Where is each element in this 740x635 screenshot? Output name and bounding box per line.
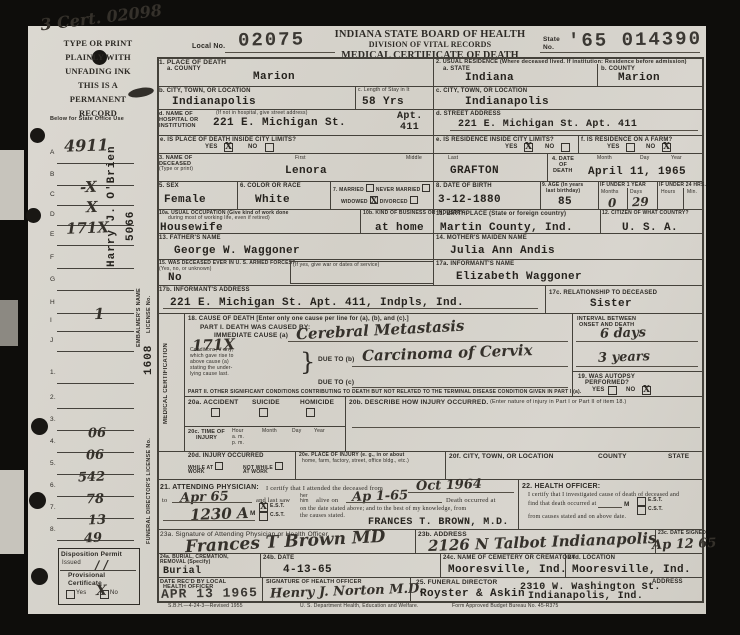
num-line-label: 3. (50, 416, 56, 423)
punch-hole (26, 208, 41, 223)
birthplace-value: Martin County, Ind. (440, 222, 573, 234)
dod-label3: DEATH (553, 168, 573, 174)
hospital-apt-label: Apt. (397, 111, 423, 122)
provisional-yes-checkbox[interactable] (66, 590, 75, 599)
death-time-value: 1230 A (190, 504, 249, 524)
num-line-value: 06 (86, 448, 105, 464)
checkmark: X (525, 142, 532, 152)
death-occurred-label: Death occurred at (446, 497, 496, 504)
middle-header: Middle (406, 156, 422, 162)
grid (702, 57, 704, 603)
homicide-checkbox[interactable] (306, 408, 315, 417)
under1-days-value: 29 (632, 195, 649, 210)
last-name-value: GRAFTON (450, 165, 499, 177)
scanned-death-certificate: 3 Cert. 02098 TYPE OR PRINT PLAINLY WITH… (0, 0, 740, 635)
cst-label: C.S.T. (270, 513, 285, 519)
stay-value: 58 Yrs (362, 96, 404, 108)
num-line-label: 4. (50, 438, 56, 445)
age-value: 85 (558, 196, 572, 208)
grid (597, 64, 598, 86)
hours-header: Hours (661, 190, 675, 196)
informant-address-line (163, 308, 538, 309)
checkmark: X (663, 142, 670, 152)
grid (345, 396, 346, 451)
form-number: S.B.H.—4-24-3—Revised 1955 (168, 604, 243, 610)
marital-line2: WIDOWEDXDIVORCED (341, 196, 420, 206)
pod-limits-no-checkbox[interactable] (265, 143, 274, 152)
street-address-value: 221 E. Michigan St. Apt. 411 (458, 119, 637, 130)
office-line (57, 245, 134, 246)
burial-label2: REMOVAL (Specify) (160, 560, 210, 566)
injury-day-header: Day (292, 429, 302, 435)
m-label: M (250, 510, 256, 517)
office-line-letter: A (50, 149, 55, 156)
grid (157, 153, 703, 154)
date-stated-text: on the date stated above; and to the bes… (300, 506, 466, 513)
res-limits-yes-label: YES (505, 144, 518, 151)
birthplace-label: 11. BIRTHPLACE (State or foreign country… (436, 211, 566, 218)
provisional-yes-label: Yes (76, 590, 86, 597)
dod-year-header: Year (671, 156, 682, 162)
form-agency: U. S. Department Health, Education and W… (300, 604, 419, 610)
grid (157, 86, 703, 87)
informant-address-label: 17b. INFORMANT'S ADDRESS (159, 287, 250, 294)
punch-hole (31, 568, 48, 585)
ho-est-label: E.S.T. (648, 498, 663, 504)
dob-label: 8. DATE OF BIRTH (436, 183, 492, 190)
grid (184, 313, 185, 451)
office-line-letter: E (50, 231, 55, 238)
office-line-letter: C (50, 191, 55, 198)
informant-name-label: 17a. INFORMANT'S NAME (436, 261, 514, 268)
ho-occurred-text: find that death occurred at (528, 501, 596, 508)
cause-b-line (352, 366, 568, 367)
dob-value: 3-12-1880 (438, 194, 501, 206)
grid (540, 181, 541, 209)
num-line-label: 7. (50, 504, 56, 511)
age-label2: last birthday) (546, 189, 580, 195)
last-header: Last (448, 156, 458, 162)
divorced-label: DIVORCED (380, 199, 408, 205)
ho-cst-label: C.S.T. (648, 507, 663, 513)
scan-edge-patch (0, 150, 24, 220)
physician-typed-name: FRANCES T. BROWN, M.D. (368, 517, 509, 528)
dod-day-header: Day (640, 156, 650, 162)
grid (157, 57, 159, 603)
farm-yes-label: YES (607, 144, 620, 151)
date-recd-stamp: APR 13 1965 (161, 585, 258, 602)
cemetery-location-label: 24d. LOCATION (568, 555, 615, 562)
office-line-letter: H (50, 299, 55, 306)
res-city-label: c. CITY, TOWN, OR LOCATION (436, 88, 527, 95)
stay-label: c. Length of Stay in It (358, 88, 410, 94)
grid (578, 135, 579, 153)
autopsy-yes-label: YES (592, 387, 605, 394)
race-value: White (255, 194, 290, 206)
injury-occurred-label: 20d. INJURY OCCURRED (188, 453, 264, 460)
num-line-value: 542 (78, 470, 106, 486)
disposition-divider (60, 570, 136, 571)
grid (157, 135, 703, 136)
burial-value: Burial (163, 566, 201, 577)
hospital-hint: (If not in hospital, give street address… (216, 111, 308, 117)
injury-state-header: STATE (668, 453, 689, 460)
grid (184, 426, 345, 427)
punch-hole (31, 418, 48, 435)
cemetery-value: Mooresville, Ind. (448, 564, 567, 576)
mother-value: Julia Ann Andis (450, 245, 555, 257)
num-line-label: 8. (50, 526, 56, 533)
funeral-director-label: 25. FUNERAL DIRECTOR (416, 579, 497, 586)
at-work-label: AT WORK (243, 470, 268, 476)
grid (600, 209, 601, 233)
never-married-checkbox[interactable] (422, 184, 430, 192)
farm-yes-checkbox[interactable] (626, 143, 635, 152)
provisional-label: Provisional (68, 572, 105, 579)
num-line (57, 383, 134, 384)
marital-line1: 7. MARRIEDNEVER MARRIED (333, 184, 432, 194)
res-county-value: Marion (618, 72, 660, 84)
place-of-injury-hint: home, farm, factory, street, office bldg… (302, 459, 409, 465)
fd-address-value2: Indianapolis, Ind. (528, 591, 643, 602)
pod-city-label: b. CITY, TOWN, OR LOCATION (159, 88, 251, 95)
race-label: 6. COLOR OR RACE (240, 183, 301, 190)
num-line-value: 13 (88, 513, 107, 529)
alive-on-line (346, 502, 442, 503)
checkmark: X (260, 502, 267, 512)
pod-county-label: a. COUNTY (167, 66, 201, 73)
funeral-director-license-value: 1608 (143, 338, 155, 382)
to-label: to (162, 497, 167, 504)
office-line-value: -X (80, 178, 97, 197)
suicide-checkbox[interactable] (259, 408, 268, 417)
office-line (57, 163, 134, 164)
conditions-label5: lying cause last. (190, 372, 229, 378)
medical-certification-label: MEDICAL CERTIFICATION (163, 320, 169, 446)
scan-edge-patch (0, 300, 18, 346)
him-label: him (300, 499, 309, 505)
grid (572, 371, 703, 372)
grid (184, 396, 703, 397)
ho-m-label: M (624, 501, 630, 508)
res-city-value: Indianapolis (465, 96, 549, 108)
while-at-work-checkbox[interactable] (215, 462, 223, 470)
burial-date-label: 24b. DATE (263, 555, 294, 562)
grid (295, 451, 296, 479)
death-time-line (163, 520, 255, 521)
grid (445, 451, 446, 479)
division-title: DIVISION OF VITAL RECORDS (280, 41, 580, 50)
office-line-value: 1 (94, 305, 105, 323)
checkmark: X (225, 142, 232, 152)
due-to-b-label: DUE TO (b) (318, 356, 355, 363)
injury-month-header: Month (262, 429, 277, 435)
office-line (57, 331, 134, 332)
grid (355, 86, 356, 109)
grid (547, 153, 548, 181)
autopsy-yes-checkbox[interactable] (608, 386, 617, 395)
office-line-letter: F (50, 254, 54, 261)
citizen-label: 12. CITIZEN OF WHAT COUNTRY? (602, 211, 689, 217)
farm-no-label: NO (646, 144, 655, 151)
married-label: 7. MARRIED (333, 187, 364, 193)
autopsy-label2: PERFORMED? (585, 380, 629, 387)
board-title: INDIANA STATE BOARD OF HEALTH (280, 29, 580, 41)
cemetery-label: 24c. NAME OF CEMETERY OR CREMATORY (443, 555, 576, 562)
alive-on-label: alive on (316, 497, 338, 504)
conditions-brace: } (300, 348, 315, 376)
disposition-title: Disposition Permit (61, 551, 122, 558)
ho-time-line (598, 507, 622, 508)
pod-county-value: Marion (253, 71, 295, 83)
stub-warning: TYPE OR PRINT PLAINLY WITH UNFADING INK … (55, 36, 141, 120)
grid (360, 209, 361, 233)
num-line-label: 2. (50, 394, 56, 401)
due-to-c-label: DUE TO (c) (318, 379, 354, 386)
grid (330, 181, 331, 209)
part1-label: PART I. DEATH WAS CAUSED BY: (200, 324, 310, 331)
office-line (57, 351, 134, 352)
grid (545, 285, 546, 313)
res-state-value: Indiana (465, 72, 514, 84)
disposition-issued-label: Issued (62, 560, 81, 567)
attended-to-line (172, 502, 252, 503)
occupation-label2: during most of working life, even if ret… (168, 216, 270, 222)
office-line-letter: B (50, 171, 55, 178)
under-1-year-label: IF UNDER 1 YEAR (600, 183, 646, 189)
form-approval: Form Approved Budget Bureau No. 45-R375 (452, 604, 558, 610)
war-dates-hint: (If yes, give war or dates of service) (293, 263, 380, 269)
grid (262, 577, 263, 601)
grid (518, 479, 519, 529)
office-line (57, 290, 134, 291)
dod-month-header: Month (597, 156, 612, 162)
ho-cst-checkbox[interactable] (637, 506, 646, 515)
residence-label: 2. USUAL RESIDENCE (Where deceased lived… (436, 59, 687, 65)
never-married-label: NEVER MARRIED (376, 187, 421, 193)
widowed-checkbox[interactable]: X (370, 196, 378, 204)
sex-label: 5. SEX (159, 183, 179, 190)
res-limits-no-label: NO (545, 144, 554, 151)
num-line (57, 408, 134, 409)
cause-c-line (352, 387, 568, 388)
embalmer-license-value: 5066 (125, 196, 137, 256)
injury-answer-line (352, 427, 700, 428)
grid (657, 181, 658, 209)
provisional-no-checkmark: X (96, 583, 107, 599)
grid (598, 181, 599, 209)
injury-county-header: COUNTY (598, 453, 627, 460)
office-line-value: X (86, 198, 98, 216)
mother-label: 14. MOTHER'S MAIDEN NAME (436, 235, 527, 242)
ho-est-checkbox[interactable] (637, 497, 646, 506)
punch-hole (30, 128, 45, 143)
res-city-limits-label: e. IS RESIDENCE INSIDE CITY LIMITS? (436, 137, 554, 144)
num-line-extra: 49 (84, 531, 103, 547)
interval-a-line (576, 341, 698, 342)
grid (627, 188, 628, 209)
autopsy-no-checkbox[interactable]: X (642, 386, 651, 395)
grid (572, 313, 573, 396)
res-limits-yes-checkbox[interactable]: X (524, 143, 533, 152)
grid (157, 451, 703, 452)
checkmark: X (643, 385, 650, 395)
office-line-value: 171X (66, 218, 110, 237)
cemetery-location-value: Mooresville, Ind. (572, 564, 691, 576)
describe-injury-label: 20b. DESCRIBE HOW INJURY OCCURRED. (349, 399, 488, 406)
funeral-director-value: Royster & Askin (420, 588, 525, 600)
farm-no-checkbox[interactable]: X (662, 143, 671, 152)
state-no-stamp: '65 014390 (568, 28, 702, 52)
grid (157, 577, 703, 578)
interval-b-line (576, 366, 698, 367)
occupation-value: Housewife (160, 222, 223, 234)
health-officer-label: 22. HEALTH OFFICER: (522, 483, 600, 491)
grid (157, 313, 703, 314)
num-line-value: 06 (88, 426, 107, 442)
injury-year-header: Year (314, 429, 325, 435)
street-address-label: d. STREET ADDRESS (436, 111, 501, 118)
homicide-label: HOMICIDE (300, 399, 334, 406)
causes-stated-text: the causes stated. (300, 513, 345, 520)
office-line-letter: D (50, 211, 55, 218)
num-line-value: 78 (86, 492, 105, 508)
checkmark: X (371, 195, 377, 205)
punch-hole (29, 492, 46, 509)
injury-pm-label: p. m. (232, 441, 244, 447)
armed-forces-hint: (Yes, no, or unknown) (159, 267, 212, 273)
father-label: 13. FATHER'S NAME (159, 235, 221, 242)
grid (260, 553, 261, 577)
pod-city-value: Indianapolis (172, 96, 256, 108)
citizen-value: U. S. A. (622, 222, 678, 234)
hospital-label3: INSTITUTION (159, 123, 196, 129)
grid (683, 188, 684, 209)
autopsy-no-label: NO (626, 387, 635, 394)
months-header: Months (601, 190, 619, 196)
num-line-label: 1. (50, 369, 56, 376)
hospital-value: 221 E. Michigan St. (213, 117, 346, 129)
funeral-director-license-label: FUNERAL DIRECTOR'S LICENSE No. (146, 388, 152, 593)
date-signed-value: Ap 12 65 (652, 536, 717, 553)
part2-label: PART II. OTHER SIGNIFICANT CONDITIONS CO… (188, 390, 581, 396)
num-line-label: 5. (50, 460, 56, 467)
relationship-value: Sister (590, 298, 632, 310)
grid (237, 181, 238, 209)
under1-months-value: 0 (608, 196, 617, 210)
time-of-injury-label2: INJURY (196, 435, 217, 441)
interval-b-value: 3 years (598, 349, 650, 366)
attended-from-line (408, 492, 514, 493)
grid (157, 285, 703, 286)
deceased-name-hint: (Type or print) (159, 167, 193, 173)
accident-label: 20a. ACCIDENT (188, 399, 238, 406)
local-no-label: Local No. (192, 43, 225, 51)
hospital-apt-no: 411 (400, 122, 419, 133)
pod-limits-yes-checkbox[interactable]: X (224, 143, 233, 152)
injury-city-label: 20f. CITY, TOWN, OR LOCATION (449, 453, 554, 460)
embalmer-name-label: EMBALMER'S NAME (136, 282, 142, 354)
street-address-line (450, 130, 698, 131)
office-line-letter: J (50, 337, 53, 344)
informant-name-value: Elizabeth Waggoner (456, 271, 582, 283)
sex-value: Female (164, 194, 206, 206)
office-line-letter: I (50, 317, 52, 324)
grid (415, 529, 416, 553)
first-header: First (295, 156, 306, 162)
describe-injury-hint: (Enter nature of injury in Part I or Par… (490, 399, 626, 405)
accident-checkbox[interactable] (211, 408, 220, 417)
ho-above-date-text: from causes stated and on above date. (528, 514, 626, 521)
divorced-checkbox[interactable] (410, 196, 418, 204)
pod-limits-yes-label: YES (205, 144, 218, 151)
scan-edge-patch (0, 470, 24, 554)
widowed-label: WIDOWED (341, 199, 368, 205)
office-line-letter: G (50, 276, 55, 283)
est-label: E.S.T. (270, 504, 285, 510)
attended-to-value: Apr 65 (180, 489, 229, 506)
business-value: at home (375, 222, 424, 234)
res-limits-no-checkbox[interactable] (561, 143, 570, 152)
armed-forces-value: No (168, 272, 182, 284)
married-checkbox[interactable] (366, 184, 374, 192)
num-line-label: 6. (50, 482, 56, 489)
burial-date-value: 4-13-65 (283, 564, 332, 576)
relationship-label: 17c. RELATIONSHIP TO DECEASED (549, 290, 657, 297)
office-line-value: 4911 (64, 135, 109, 156)
min-header: Min. (687, 190, 697, 196)
grid (433, 57, 434, 285)
father-value: George W. Waggoner (174, 245, 300, 257)
cst-checkbox[interactable] (259, 512, 268, 521)
embalmer-license-label: LICENSE No. (146, 288, 152, 340)
state-no-label: State (543, 36, 560, 43)
pod-limits-no-label: NO (248, 144, 257, 151)
embalmer-name-value: Harry J. O'Brien (106, 120, 118, 292)
first-name-value: Lenora (285, 165, 327, 177)
office-line (57, 268, 134, 269)
provisional-no-label: No (110, 590, 118, 597)
state-no-label2: No. (543, 44, 554, 51)
est-checkbox[interactable]: X (259, 503, 268, 512)
interval-a-value: 6 days (600, 325, 646, 342)
grid (440, 553, 441, 577)
work-label: WORK (188, 470, 205, 476)
under-24hr-label: IF UNDER 24 HRS. (659, 183, 706, 189)
state-no-line (540, 52, 700, 53)
not-while-at-work-checkbox[interactable] (275, 462, 283, 470)
suicide-label: SUICIDE (252, 399, 280, 406)
dod-value: April 11, 1965 (588, 166, 686, 178)
